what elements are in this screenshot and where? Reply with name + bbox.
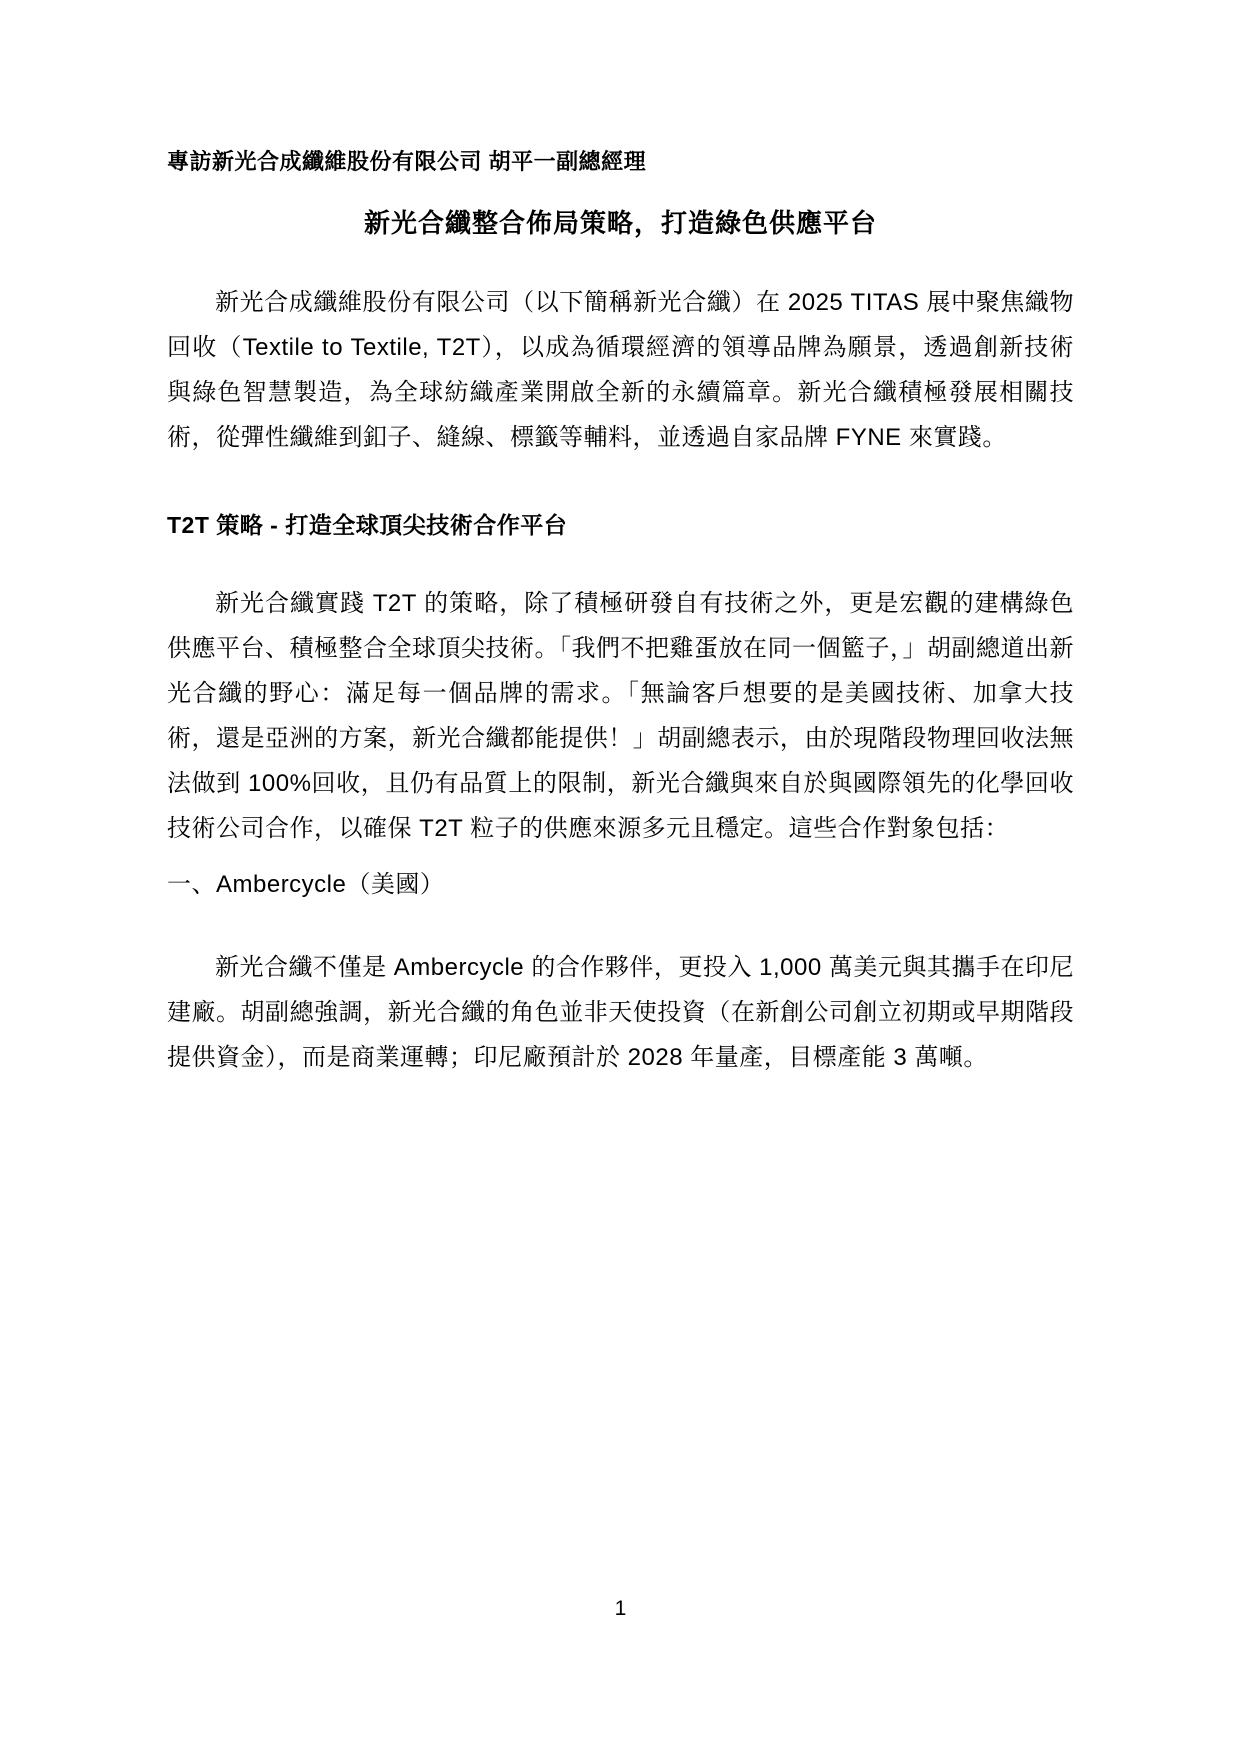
- page-number: 1: [0, 1594, 1241, 1624]
- subsection-heading-ambercycle: 一、Ambercycle（美國）: [167, 868, 1074, 902]
- section-paragraph-t2t-strategy: 新光合纖實踐 T2T 的策略，除了積極研發自有技術之外，更是宏觀的建構綠色供應平…: [167, 581, 1074, 851]
- document-content: 專訪新光合成纖維股份有限公司 胡平一副總經理 新光合纖整合佈局策略，打造綠色供應…: [167, 0, 1074, 1080]
- intro-paragraph: 新光合成纖維股份有限公司（以下簡稱新光合纖）在 2025 TITAS 展中聚焦織…: [167, 280, 1074, 460]
- section-heading-t2t-strategy: T2T 策略 - 打造全球頂尖技術合作平台: [167, 508, 1074, 542]
- document-kicker: 專訪新光合成纖維股份有限公司 胡平一副總經理: [167, 146, 1074, 178]
- document-page: 專訪新光合成纖維股份有限公司 胡平一副總經理 新光合纖整合佈局策略，打造綠色供應…: [0, 0, 1241, 1755]
- subsection-paragraph-ambercycle: 新光合纖不僅是 Ambercycle 的合作夥伴，更投入 1,000 萬美元與其…: [167, 945, 1074, 1080]
- document-title: 新光合纖整合佈局策略，打造綠色供應平台: [167, 203, 1074, 243]
